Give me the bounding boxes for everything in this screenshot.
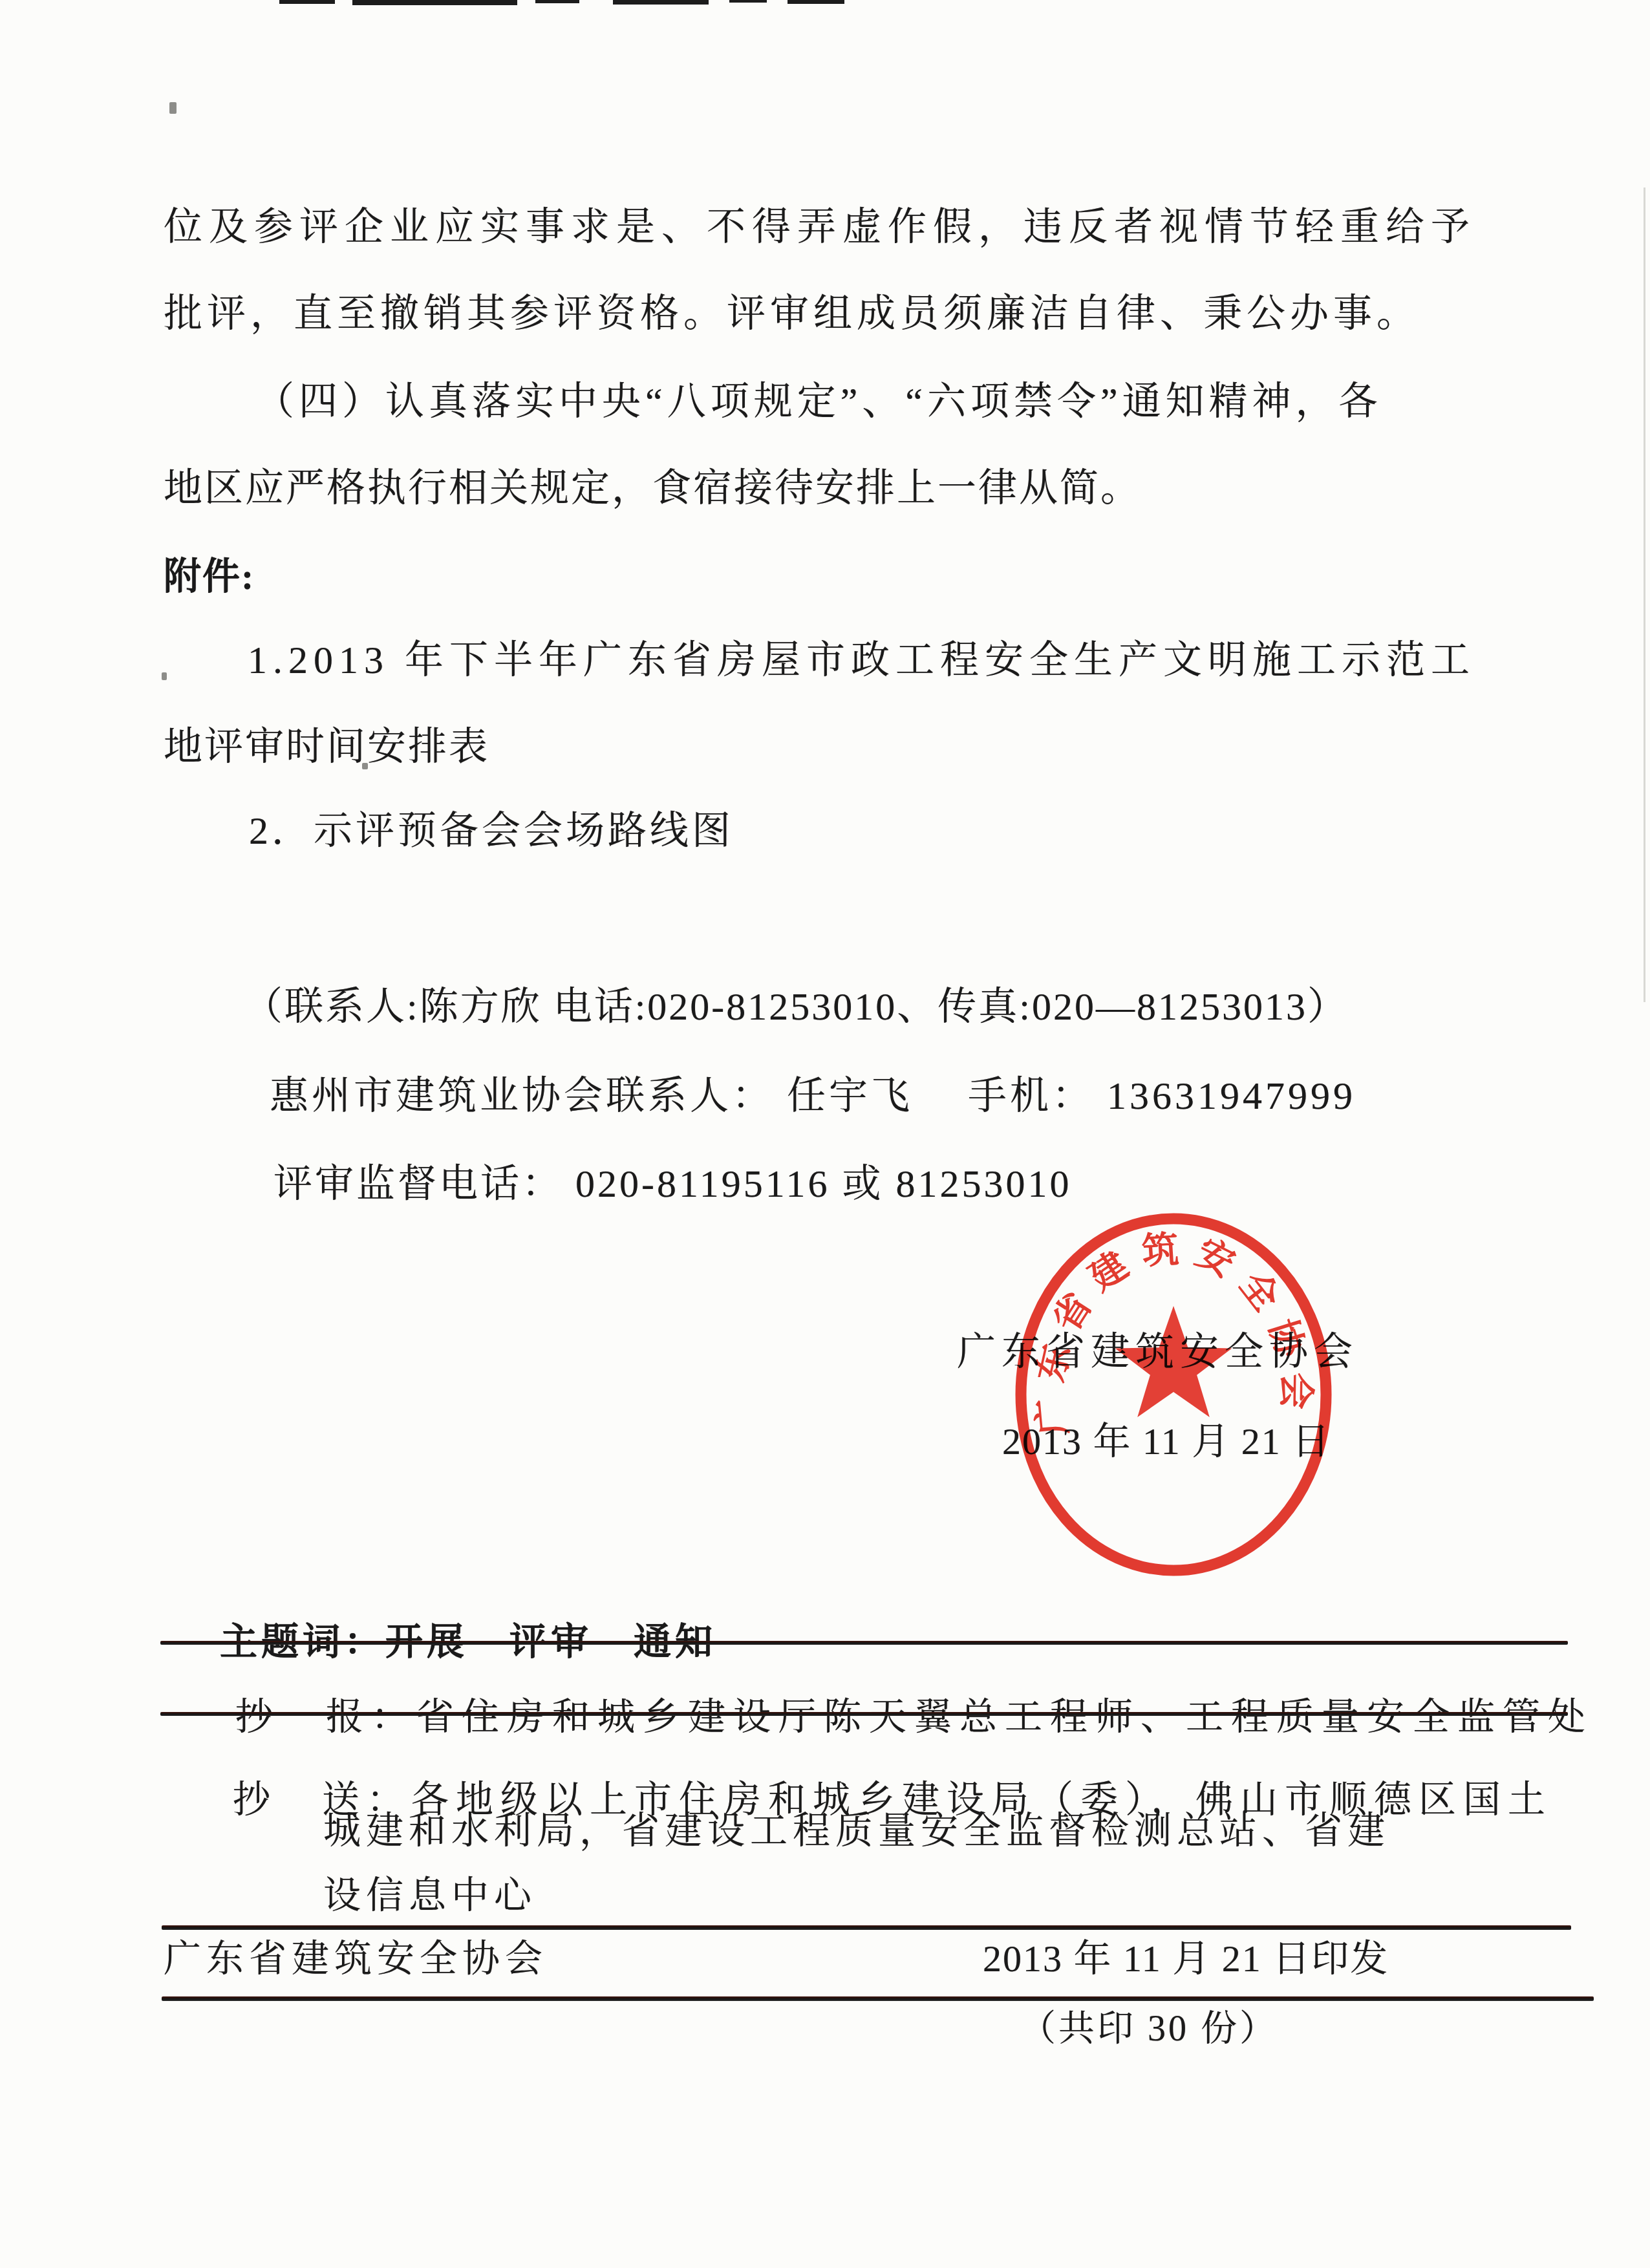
contact-line-1: （联系人:陈方欣 电话:020-81253010、传真:020—81253013… (244, 985, 1348, 1028)
body-line: 批评，直至撤销其参评资格。评审组成员须廉洁自律、秉公办事。 (164, 292, 1420, 335)
star-icon (1115, 1306, 1232, 1417)
scan-edge-line (1644, 187, 1645, 1002)
copy-report-label: 抄 报： (235, 1696, 416, 1738)
copies-note: （共印 30 份） (1020, 2009, 1278, 2049)
issue-date: 2013 年 11 月 21 日印发 (983, 1938, 1389, 1980)
scan-artifact (729, 0, 767, 3)
contact-line-2: 惠州市建筑业协会联系人： 任宇飞 手机： 13631947999 (270, 1075, 1356, 1117)
attachment-item-1-cont: 地评审时间安排表 (164, 725, 489, 768)
body-line: （四）认真落实中央“八项规定”、“六项禁令”通知精神，各 (255, 380, 1382, 423)
divider (160, 1641, 1568, 1645)
scan-artifact (352, 0, 517, 5)
official-seal: 广东省建筑安全协会 (1005, 1207, 1342, 1582)
scan-artifact (279, 0, 335, 4)
copy-send-cont: 城建和水利局，省建设工程质量安全监督检测总站、省建 (323, 1810, 1390, 1852)
attachment-item-2: 2．示评预备会会场路线图 (249, 809, 734, 852)
attachment-item-1: 1.2013 年下半年广东省房屋市政工程安全生产文明施工示范工 (248, 639, 1475, 681)
issuer-name: 广东省建筑安全协会 (164, 1938, 548, 1980)
copy-report-content: 省住房和城乡建设厅陈天翼总工程师、工程质量安全监管处 (416, 1696, 1593, 1738)
contact-line-3: 评审监督电话： 020-81195116 或 81253010 (273, 1162, 1072, 1205)
scan-speck (162, 672, 167, 680)
scan-artifact (613, 0, 709, 5)
scan-speck (169, 102, 177, 114)
divider (160, 1712, 1568, 1716)
document-page: 位及参评企业应实事求是、不得弄虚作假，违反者视情节轻重给予 批评，直至撤销其参评… (0, 0, 1650, 2268)
attachments-label: 附件: (164, 556, 255, 597)
scan-artifact (535, 0, 579, 3)
body-line: 位及参评企业应实事求是、不得弄虚作假，违反者视情节轻重给予 (164, 206, 1476, 248)
copy-send-cont: 设信息中心 (323, 1875, 537, 1916)
scan-artifact (787, 0, 844, 4)
divider (162, 1925, 1571, 1930)
divider (162, 1996, 1594, 2001)
body-line: 地区应严格执行相关规定，食宿接待安排上一律从简。 (164, 467, 1141, 509)
